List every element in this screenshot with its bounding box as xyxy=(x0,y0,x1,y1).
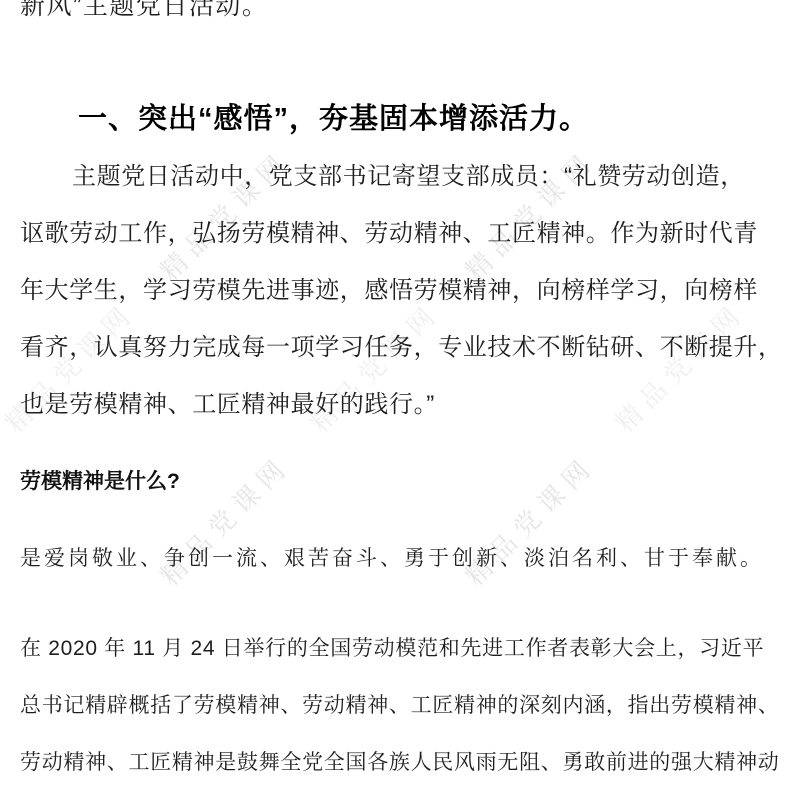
question-heading: 劳模精神是什么? xyxy=(20,467,180,497)
question-answer: 是爱岗敬业、争创一流、艰苦奋斗、勇于创新、淡泊名利、甘于奉献。 xyxy=(20,544,764,574)
section-heading: 一、突出“感悟”，夯基固本增添活力。 xyxy=(78,100,589,138)
leading-paragraph-tail: 新风”主题党日活动。 xyxy=(20,0,268,22)
paragraph-quote: 主题党日活动中，党支部书记寄望支部成员：“礼赞劳动创造， 讴歌劳动工作，弘扬劳模… xyxy=(20,148,795,433)
document-page: 精品党课网 精品党课网 精品党课网 精品党课网 精品党课网 精品党课网 精品党课… xyxy=(0,0,800,800)
paragraph-speech: 在 2020 年 11 月 24 日举行的全国劳动模范和先进工作者表彰大会上，习… xyxy=(20,620,795,791)
